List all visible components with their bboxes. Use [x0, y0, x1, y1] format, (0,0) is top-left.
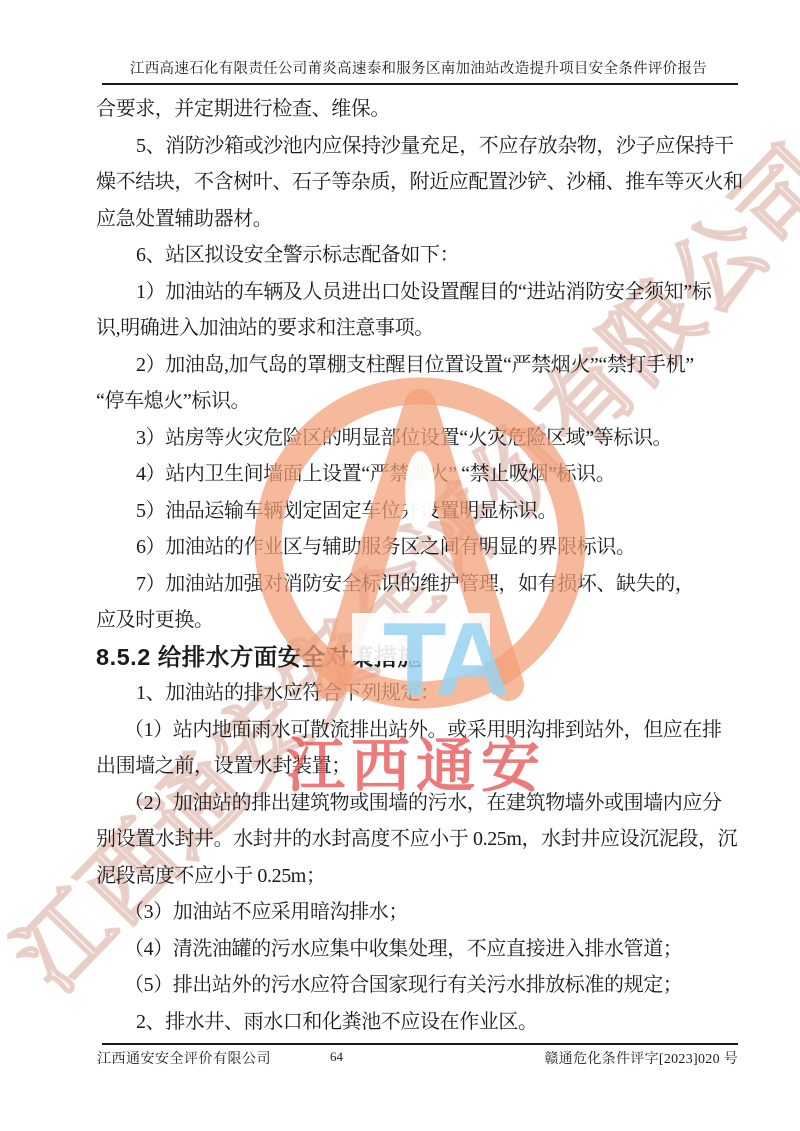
body-line: 1、加油站的排水应符合下列规定： [96, 675, 756, 712]
body-line: 2）加油岛,加气岛的罩棚支柱醒目位置设置“严禁烟火”“禁打手机” [96, 347, 756, 384]
body-line: （4）清洗油罐的污水应集中收集处理，不应直接进入排水管道； [96, 931, 756, 968]
footer-rule [102, 1043, 738, 1045]
body-line: 3）站房等火灾危险区的明显部位设置“火灾危险区域”等标识。 [96, 420, 756, 457]
report-page: 江西通安安全评价有限公司 江西高速石化有限责任公司莆炎高速泰和服务区南加油站改造… [0, 0, 800, 1131]
body-line: 泥段高度不应小于 0.25m； [96, 858, 756, 895]
body-line: 6、站区拟设安全警示标志配备如下： [96, 237, 756, 274]
body-line: 4）站内卫生间墙面上设置“严禁烟火” “禁止吸烟”标识。 [96, 456, 756, 493]
body-line: 出围墙之前，设置水封装置； [96, 748, 756, 785]
body-line: （5）排出站外的污水应符合国家现行有关污水排放标准的规定； [96, 967, 756, 1004]
section-heading: 8.5.2 给排水方面安全对策措施 [96, 639, 756, 676]
header-rule [102, 83, 738, 85]
body-line: （2）加油站的排出建筑物或围墙的污水，在建筑物墙外或围墙内应分 [96, 785, 756, 822]
body-line: 1）加油站的车辆及人员进出口处设置醒目的“进站消防安全须知”标 [96, 274, 756, 311]
body-line: 6）加油站的作业区与辅助服务区之间有明显的界限标识。 [96, 529, 756, 566]
body-line: （3）加油站不应采用暗沟排水； [96, 894, 756, 931]
page-header-title: 江西高速石化有限责任公司莆炎高速泰和服务区南加油站改造提升项目安全条件评价报告 [96, 57, 741, 78]
body-line: 应急处置辅助器材。 [96, 201, 756, 238]
body-line: 7）加油站加强对消防安全标识的维护管理，如有损坏、缺失的， [96, 566, 756, 603]
body-line: 2、排水井、雨水口和化粪池不应设在作业区。 [96, 1004, 756, 1041]
body-line: 5、消防沙箱或沙池内应保持沙量充足，不应存放杂物，沙子应保持干 [96, 128, 756, 165]
body-line: 燥不结块，不含树叶、石子等杂质，附近应配置沙铲、沙桶、推车等灭火和 [96, 164, 756, 201]
body-line: 合要求，并定期进行检查、维保。 [96, 91, 756, 128]
body-text: 合要求，并定期进行检查、维保。5、消防沙箱或沙池内应保持沙量充足，不应存放杂物，… [96, 91, 756, 1040]
footer-page-number: 64 [330, 1049, 343, 1065]
footer-doc-number: 赣通危化条件评字[2023]020 号 [544, 1048, 738, 1068]
body-line: 5）油品运输车辆划定固定车位并设置明显标识。 [96, 493, 756, 530]
body-line: （1）站内地面雨水可散流排出站外。或采用明沟排到站外，但应在排 [96, 712, 756, 749]
footer-company-name: 江西通安安全评价有限公司 [97, 1048, 271, 1068]
body-line: 应及时更换。 [96, 602, 756, 639]
body-line: 别设置水封井。水封井的水封高度不应小于 0.25m，水封井应设沉泥段，沉 [96, 821, 756, 858]
body-line: 识,明确进入加油站的要求和注意事项。 [96, 310, 756, 347]
body-line: “停车熄火”标识。 [96, 383, 756, 420]
